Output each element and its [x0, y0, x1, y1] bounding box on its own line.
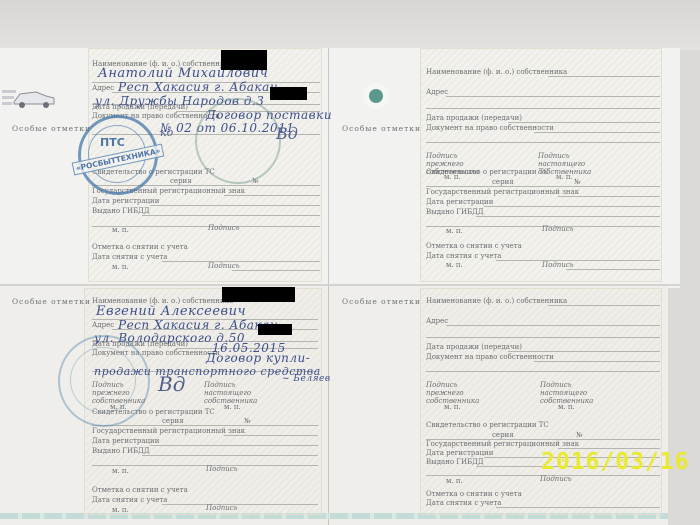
dereg-date-label: Дата снятия с учета	[426, 252, 501, 260]
seal-label: м. п.	[112, 506, 129, 514]
signature-mark: Вд	[158, 372, 185, 396]
reg-date-label: Дата регистрации	[92, 437, 159, 445]
plate-label: Государственный регистрационный знак	[426, 440, 579, 448]
special-marks-label: Особые отметки	[12, 124, 91, 133]
fold-horizontal	[0, 284, 680, 286]
deregistration-label: Отметка о снятии с учета	[426, 242, 522, 250]
signature-label: Подпись	[540, 475, 572, 483]
table-surface	[0, 0, 700, 50]
panel-bottom-right: Наименование (ф. и. о.) собственника Адр…	[426, 297, 660, 512]
issued-by-label: Выдано ГИБДД	[92, 447, 150, 455]
issued-by-label: Выдано ГИБДД	[92, 207, 150, 215]
signature-label: Подпись	[208, 262, 240, 270]
signature-label: Подпись	[206, 465, 238, 473]
address-label: Адрес	[92, 321, 114, 329]
series-label: серия	[162, 417, 184, 425]
address-value-line1: Респ Хакасия г. Абакан	[118, 318, 278, 332]
owner-name-value: Евгений Алексеевич	[96, 304, 246, 319]
prev-owner-sig-label: Подпись прежнего собственника	[426, 381, 488, 405]
seal-label: м. п.	[112, 226, 129, 234]
redaction-box	[258, 324, 292, 335]
signature-mark: ко	[160, 126, 173, 139]
address-label: Адрес	[426, 317, 448, 325]
seal-label: м. п.	[446, 261, 463, 269]
reg-date-label: Дата регистрации	[426, 198, 493, 206]
seal-label: м. п.	[444, 403, 461, 411]
series-label: серия	[170, 177, 192, 185]
ownership-doc-label: Документ на право собственности	[426, 353, 554, 361]
special-marks-label: Особые отметки	[12, 297, 91, 306]
reg-certificate-label: Свидетельство о регистрации ТС	[426, 168, 549, 176]
special-marks-label: Особые отметки	[342, 124, 421, 133]
plate-label: Государственный регистрационный знак	[426, 188, 579, 196]
issued-by-label: Выдано ГИБДД	[426, 208, 484, 216]
seal-label: м. п.	[446, 227, 463, 235]
reg-date-label: Дата регистрации	[92, 197, 159, 205]
camera-date-stamp: 2016/03/16	[541, 449, 689, 475]
seal-label: м. п.	[446, 477, 463, 485]
curr-owner-sig-label: Подпись настоящего собственника	[540, 381, 606, 405]
seal-label: м. п.	[112, 467, 129, 475]
signature-label: Подпись	[542, 261, 574, 269]
punch-hole	[369, 89, 383, 103]
pts-stamp-title: ПТС	[100, 136, 125, 149]
seal-label: м. п.	[558, 403, 575, 411]
dereg-date-label: Дата снятия с учета	[92, 253, 167, 261]
signature-mark: Вд	[276, 124, 298, 143]
signature-mark: ~ Беляев	[282, 374, 331, 384]
sale-date-label: Дата продажи (передачи)	[426, 114, 522, 122]
car-icon	[2, 82, 58, 114]
panel-top-right: Наименование (ф. и. о.) собственника Адр…	[426, 68, 660, 278]
seal-label: м. п.	[556, 173, 573, 181]
sale-date-label: Дата продажи (передачи)	[426, 343, 522, 351]
signature-label: Подпись	[208, 224, 240, 232]
round-stamp-faint	[195, 98, 281, 184]
deregistration-label: Отметка о снятии с учета	[426, 490, 522, 498]
signature-label: Подпись	[206, 504, 238, 512]
number-label: №	[576, 431, 583, 439]
seal-label: м. п.	[224, 403, 241, 411]
reg-date-label: Дата регистрации	[426, 449, 493, 457]
signature-label: Подпись	[542, 225, 574, 233]
dereg-date-label: Дата снятия с учета	[426, 499, 501, 507]
redaction-box	[270, 87, 307, 100]
deregistration-label: Отметка о снятии с учета	[92, 486, 188, 494]
plate-label: Государственный регистрационный знак	[92, 427, 245, 435]
seal-label: м. п.	[112, 263, 129, 271]
address-label: Адрес	[92, 84, 114, 92]
redaction-box	[221, 50, 267, 70]
owner-name-label: Наименование (ф. и. о.) собственника	[426, 297, 567, 305]
number-label: №	[574, 178, 581, 186]
series-label: серия	[492, 431, 514, 439]
reg-certificate-label: Свидетельство о регистрации ТС	[426, 421, 549, 429]
owner-name-label: Наименование (ф. и. о.) собственника	[426, 68, 567, 76]
number-label: №	[244, 417, 251, 425]
address-label: Адрес	[426, 88, 448, 96]
ownership-doc-label: Документ на право собственности	[426, 124, 554, 132]
deregistration-label: Отметка о снятии с учета	[92, 243, 188, 251]
redaction-box	[222, 287, 295, 302]
address-value-line1: Респ Хакасия г. Абакан	[118, 80, 278, 94]
issued-by-label: Выдано ГИБДД	[426, 458, 484, 466]
dereg-date-label: Дата снятия с учета	[92, 496, 167, 504]
series-label: серия	[492, 178, 514, 186]
round-stamp-inner-ring	[70, 347, 136, 413]
ownership-doc-value-line1: Договор купли-	[206, 351, 310, 365]
special-marks-label: Особые отметки	[342, 297, 421, 306]
curr-owner-sig-label: Подпись настоящего собственника	[204, 381, 270, 405]
